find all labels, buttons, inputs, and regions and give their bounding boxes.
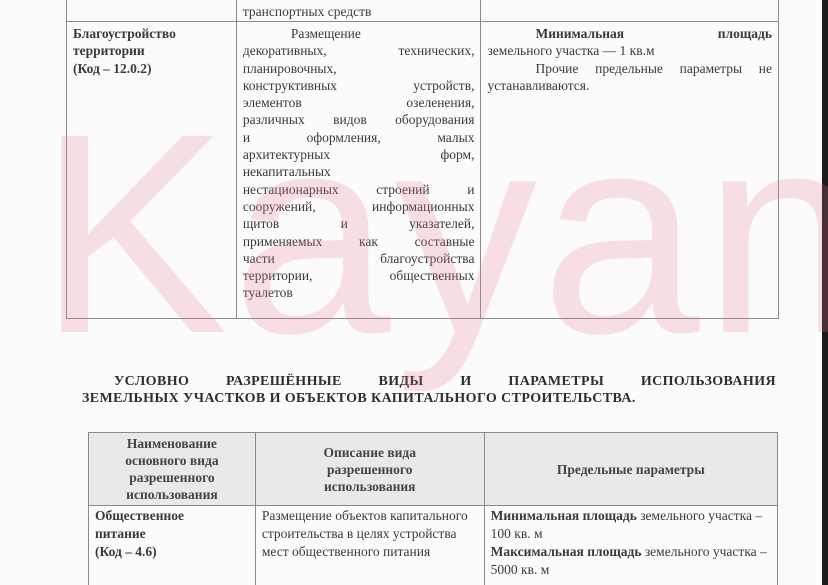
cell-prev-name (67, 0, 237, 22)
table-row: Благоустройство территории (Код – 12.0.2… (67, 22, 779, 319)
permitted-uses-table: транспортных средств Благоустройство тер… (66, 0, 779, 319)
description-line: территории, общественных (243, 267, 475, 284)
param-label: Минимальная площадь (491, 508, 637, 523)
description-line: декоративных, технических, (243, 42, 475, 59)
use-code: (Код – 4.6) (95, 543, 249, 561)
use-description-cell: Размещениедекоративных, технических,план… (236, 22, 481, 319)
description-line: планировочных, (243, 60, 475, 77)
header-use-description: Описание вида разрешенного использования (255, 433, 484, 506)
section-heading: УСЛОВНО РАЗРЕШЁННЫЕ ВИДЫ И ПАРАМЕТРЫ ИСП… (86, 373, 776, 407)
use-code: (Код – 12.0.2) (73, 60, 230, 77)
description-line: конструктивных устройств, (243, 77, 475, 94)
use-params-cell: Минимальная площадь земельного участка –… (484, 506, 777, 585)
use-name-line: территории (73, 42, 230, 59)
min-area-label: Минимальная площадь (535, 26, 772, 41)
use-params-cell: Минимальная площадь земельного участка —… (481, 22, 779, 319)
description-line: нестационарных строений и (243, 181, 475, 198)
param-max-area: Максимальная площадь земельного участка … (491, 543, 771, 579)
table-row-previous: транспортных средств (67, 0, 779, 22)
description-line: некапитальных (243, 163, 475, 180)
description-line: архитектурных форм, (243, 146, 475, 163)
other-params: Прочие предельные параметры не устанавли… (487, 60, 772, 95)
use-name-line: питание (95, 525, 249, 543)
description-line: различных видов оборудования (243, 111, 475, 128)
scan-edge (822, 0, 828, 585)
section-heading-line1: УСЛОВНО РАЗРЕШЁННЫЕ ВИДЫ И ПАРАМЕТРЫ ИСП… (86, 373, 776, 390)
description-line: элементов озеленения, (243, 94, 475, 111)
cell-prev-description: транспортных средств (236, 0, 481, 22)
param-label: Максимальная площадь (491, 544, 642, 559)
conditional-uses-table: Наименование основного вида разрешенного… (88, 432, 778, 585)
description-line: Размещение (243, 25, 475, 42)
description-line: применяемых как составные (243, 233, 475, 250)
use-name-line: Благоустройство (73, 25, 230, 42)
table-row: Общественное питание (Код – 4.6) Размеще… (89, 506, 778, 585)
use-description: Размещениедекоративных, технических,план… (243, 25, 475, 302)
use-name-cell: Благоустройство территории (Код – 12.0.2… (67, 22, 237, 319)
description-line: щитов и указателей, (243, 215, 475, 232)
header-use-name: Наименование основного вида разрешенного… (89, 433, 256, 506)
description-line: туалетов (243, 284, 475, 301)
use-description-cell: Размещение объектов капитального строите… (255, 506, 484, 585)
use-name-line: Общественное (95, 507, 249, 525)
param-min-area: Минимальная площадь земельного участка –… (491, 507, 771, 543)
description-line: части благоустройства (243, 250, 475, 267)
description-line: и оформления, малых (243, 129, 475, 146)
header-params: Предельные параметры (484, 433, 777, 506)
section-heading-line2: ЗЕМЕЛЬНЫХ УЧАСТКОВ И ОБЪЕКТОВ КАПИТАЛЬНО… (82, 390, 776, 407)
description-line: сооружений, информационных (243, 198, 475, 215)
cell-prev-params (481, 0, 779, 22)
use-name-cell: Общественное питание (Код – 4.6) (89, 506, 256, 585)
table-header-row: Наименование основного вида разрешенного… (89, 433, 778, 506)
min-area-value: земельного участка — 1 кв.м (487, 42, 772, 59)
